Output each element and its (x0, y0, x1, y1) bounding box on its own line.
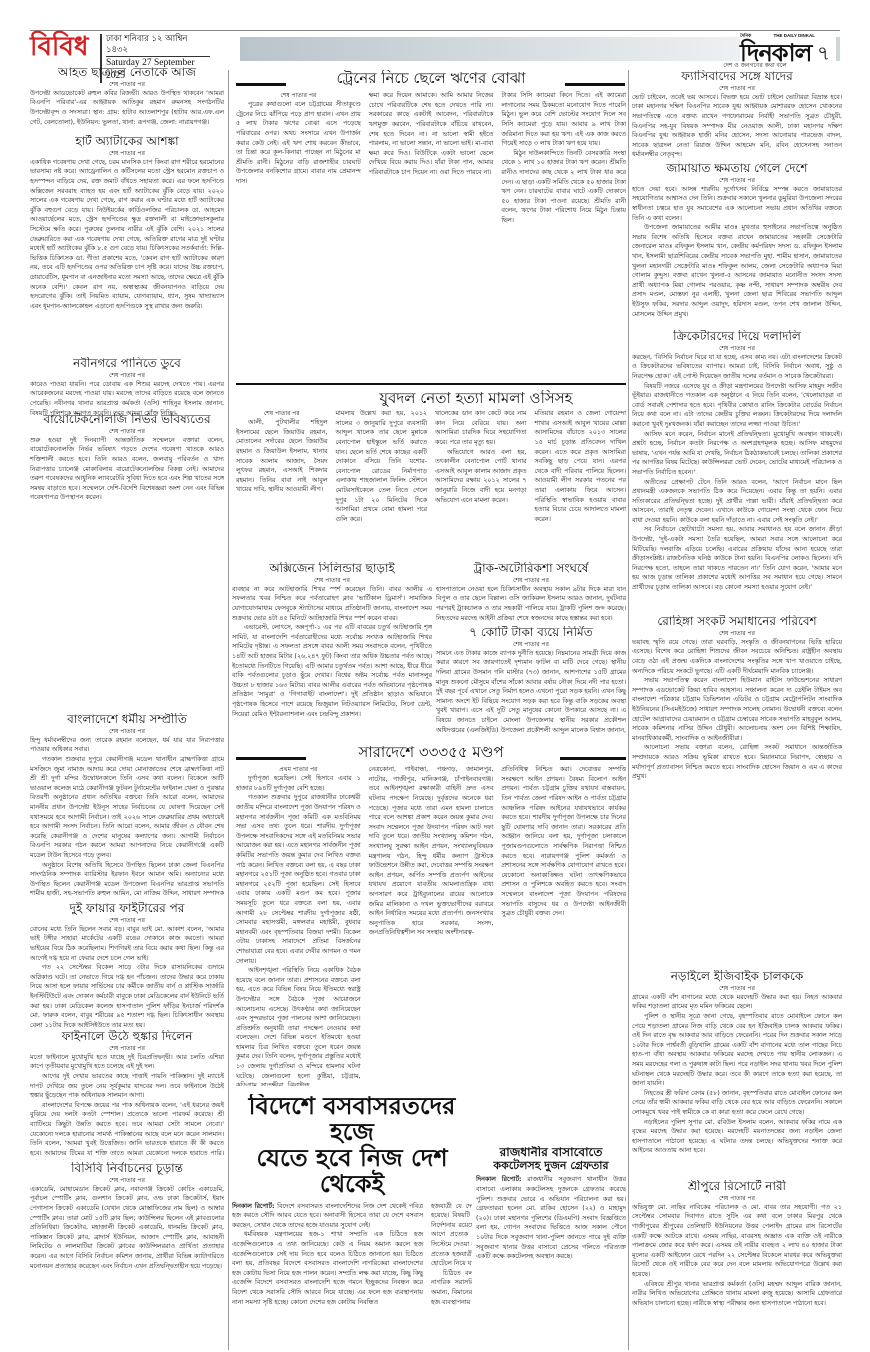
article-final: ফাইনালে উঠে হুঙ্কার দিলেন শেষ পাতার পর ম… (30, 1030, 224, 1160)
article-body: শুরু হওয়া দুই দিনব্যাপী আন্তর্জাতিক সম্… (30, 436, 224, 503)
article-body: ভয়াবহ স্মৃতি রয়ে গেছে। তারা ঘরবাড়ি, স… (632, 638, 842, 782)
continued-label: শেষ পাতার পর (632, 84, 842, 93)
article-rajdhani: রাজধানীর বাসাবোতে ককটেলসহ দুজন গ্রেফতার … (476, 1146, 626, 1346)
headline: দুই ফায়ার ফাইটারের পর (30, 902, 224, 916)
headline: ট্রাক-অটোরিকশা সংঘর্ষে (436, 562, 626, 576)
headline: বায়োটেকনোলজি নির্ভর ভবিষ্যতের (30, 413, 224, 427)
continued-label: শেষ পাতার পর (30, 80, 224, 89)
article-body: ব্যবহার না করে আটহাজারি শিখর স্পর্শ করেছ… (232, 585, 432, 719)
headline: নড়াইলে ইজিবাইক চালককে (632, 970, 842, 984)
continued-label: শেষ পাতার পর (436, 640, 626, 649)
continued-label: শেষ পাতার পর (30, 427, 224, 436)
article-bcb: বিসিবি নির্বাচনের চূড়ান্ত শেষ পাতার পর … (30, 1162, 224, 1347)
headline-line1: বিদেশে বসবাসরতদের হজে (232, 1094, 472, 1146)
article-jubo: যুবদল নেতা হত্যা মামলা ওসিসহ শেষ পাতার প… (236, 390, 626, 555)
headline: ফ্যাসিবাদের সঙ্গে যাদের (632, 70, 842, 84)
headline: ট্রেনের নিচে ছেলে ঋণের বোঝা (236, 70, 626, 87)
column-divider (628, 70, 629, 1350)
article-column: নেত্রকোনা, গাইবান্ধা, পঞ্চগড়, জামালপুর,… (369, 765, 494, 1086)
article-column: শেষ পাতার পরআলী, পুটখালীর শহিদুল ইসলামের… (236, 409, 328, 524)
headline-line2: ককটেলসহ দুজন গ্রেফতার (476, 1160, 626, 1173)
article-column: শেষ পাতার পরপুত্রের কথাগুলো বলে চট্টগ্রা… (236, 91, 361, 225)
column-divider (228, 70, 229, 1350)
headline: অক্সিজেন সিলিন্ডার ছাড়াই (232, 562, 432, 576)
headline: বিসিবি নির্বাচনের চূড়ান্ত (30, 1162, 224, 1176)
headline: ক্রিকেটারদের দিয়ে দলাদলি (632, 330, 842, 344)
article-heart: হার্ট অ্যাটাকের আশঙ্কা শেষ পাতার পর একাধ… (30, 135, 224, 363)
byline: দিনকাল রিপোর্ট: (232, 1203, 275, 1210)
headline: হার্ট অ্যাটাকের আশঙ্কা (30, 135, 224, 149)
article-body: হাসপাতালে নেওয়া হলে চিকিৎসাধীন অবস্থায়… (436, 585, 626, 623)
article-biotech: বায়োটেকনোলজি নির্ভর ভবিষ্যতের শেষ পাতার… (30, 413, 224, 565)
headline: সারাদেশে ৩৩৩৫৫ মণ্ডপ (236, 744, 626, 761)
article-religion: বাংলাদেশে ধর্মীয় সম্প্রীতি শেষ পাতার পর… (30, 713, 224, 899)
article-body: মতো ফাইনালে মুখোমুখি হতে যাচ্ছে দুই চিরপ… (30, 1053, 224, 1160)
article-body: সামনে এত টাকার কাজে ব্যাপক দুর্নীতি হয়ে… (436, 649, 626, 734)
article-seven-crore: ৭ কোটি টাকা ব্যয়ে নির্মিত শেষ পাতার পর … (436, 626, 626, 734)
page-number: ৭ (817, 39, 830, 72)
article-body: একাডেমি, মোহামেডান ক্রিকেট ক্লাব, নবাবগঞ… (30, 1185, 224, 1271)
article-body: বোনের মধ্যে তিনি ছিলেন সবার বড়। বাবুর ভ… (30, 925, 224, 1027)
article-column: প্রতিনিধিত্ব নিশ্চিত করা। দেবোত্তর সম্পত… (501, 765, 626, 1086)
article-body: অভিযুক্ত মো. নাছির নাবিকের পরিচালক ও মো.… (632, 1203, 842, 1309)
continued-label: শেষ পাতার পর (30, 916, 224, 925)
article-oxygen: অক্সিজেন সিলিন্ডার ছাড়াই শেষ পাতার পর ব… (232, 562, 432, 734)
masthead: বিবিধ ঢাকা শনিবার ১২ আশ্বিন ১৪৩২ Saturda… (30, 30, 840, 60)
article-body: একাধিক গবেষণায় দেখা গেছে, চরম মানসিক চা… (30, 158, 224, 312)
article-column: টাকার সিসি ক্যামেরা কিনে দিতে। এই ক্যামে… (501, 91, 626, 225)
article-nabinagar: নবীনগরে পানিতে ডুবে শেষ পাতার পর কারেও প… (30, 357, 224, 417)
continued-label: শেষ পাতার পর (30, 149, 224, 158)
continued-label: শেষ পাতার পর (632, 344, 842, 353)
article-train: ট্রেনের নিচে ছেলে ঋণের বোঝা শেষ পাতার পর… (236, 70, 626, 380)
article-narail: নড়াইলে ইজিবাইক চালককে শেষ পাতার পর গ্রা… (632, 970, 842, 1180)
article-jamaat: জামায়াত ক্ষমতায় গেলে দেশে শেষ পাতার পর… (632, 162, 842, 334)
continued-label: শেষ পাতার পর (30, 727, 224, 736)
section-rule (236, 383, 626, 385)
section-logo: বিবিধ (30, 33, 88, 61)
article-body: কারেও পাওয়া যায়নি। পরে ডোবায় এক শিশুর… (30, 380, 224, 417)
headline: নবীনগরে পানিতে ডুবে (30, 357, 224, 371)
continued-label: শেষ পাতার পর (632, 984, 842, 993)
headline: ৭ কোটি টাকা ব্যয়ে নির্মিত (436, 626, 626, 640)
article-sreepur: শ্রীপুরে রিসোর্টে নারী শেষ পাতার পর অভিয… (632, 1180, 842, 1350)
article-bidesh: বিদেশে বসবাসরতদের হজে যেতে হবে নিজ দেশ থ… (232, 1094, 472, 1350)
continued-label: শেষ পাতার পর (30, 1044, 224, 1053)
article-fascism: ফ্যাসিবাদের সঙ্গে যাদের শেষ পাতার পর ভোট… (632, 70, 842, 160)
headline: বাংলাদেশে ধর্মীয় সম্প্রীতি (30, 713, 224, 727)
article-body: করছেন, 'বিসিবি নির্বাচন ঘিরে যা যা হচ্ছে… (632, 353, 842, 593)
article-body: হাতে দেয়া হবে। আসন্ন শারদীয় দুর্গোৎসব … (632, 185, 842, 319)
article-body: হিন্দু ধর্মাবলম্বীদের জন্য তারেক রহমান ব… (30, 736, 224, 899)
headline: ফাইনালে উঠে হুঙ্কার দিলেন (30, 1030, 224, 1044)
article-firefighter: দুই ফায়ার ফাইটারের পর শেষ পাতার পর বোনে… (30, 902, 224, 1027)
headline: আহত ছাত্রদল নেতাকে আজ (30, 66, 224, 80)
article-body: গ্রামের একটি বাঁশ বাগানের মধ্যে থেকে মরদ… (632, 993, 842, 1156)
article-body: উপদেষ্টা আডভোকেট রুহুল কবির রিজভী। আরও উ… (30, 89, 224, 127)
headline-line2: যেতে হবে নিজ দেশ থেকেই (232, 1146, 472, 1198)
headline-line1: রাজধানীর বাসাবোতে (476, 1146, 626, 1160)
masthead-edge (836, 37, 840, 61)
article-column: প্রথম পাতার পরদুর্গাপূজা হয়েছিল। সেই হি… (236, 765, 361, 1086)
headline: শ্রীপুরে রিসোর্টে নারী (632, 1180, 842, 1194)
article-cricketer: ক্রিকেটারদের দিয়ে দলাদলি শেষ পাতার পর ক… (632, 330, 842, 620)
article-body: ভোট চাইবেন, তবেই ভয় আসবে। বিভক্ত হয়ে ভ… (632, 93, 842, 160)
article-ahoto: আহত ছাত্রদল নেতাকে আজ শেষ পাতার পর উপদেষ… (30, 66, 224, 138)
continued-label: শেষ পাতার পর (436, 576, 626, 585)
article-truck: ট্রাক-অটোরিকশা সংঘর্ষে শেষ পাতার পর হাসপ… (436, 562, 626, 624)
continued-label: শেষ পাতার পর (632, 629, 842, 638)
date-bangla: ঢাকা শনিবার ১২ আশ্বিন ১৪৩২ (106, 34, 210, 57)
article-column: হজযাত্রী যে দেশ ছাড়া অন্য দেশ থেকে সৌদি… (431, 1202, 472, 1308)
article-rohingya: রোহিঙ্গা সংকট সমাধানের পরিবেশ শেষ পাতার … (632, 615, 842, 970)
headline: যুবদল নেতা হত্যা মামলা ওসিসহ (236, 390, 626, 407)
article-column: দিনকাল রিপোর্ট: বিদেশে বসবাসরত বাংলাদেশি… (232, 1202, 423, 1308)
continued-label: শেষ পাতার পর (232, 576, 432, 585)
continued-label: শেষ পাতার পর (30, 1176, 224, 1185)
byline: দিনকাল রিপোর্ট: (476, 1176, 522, 1183)
article-column: খালেকের ডান কান কেটে করে নাম কান নিয়ে ব… (435, 409, 527, 524)
headline: জামায়াত ক্ষমতায় গেলে দেশে (632, 162, 842, 176)
continued-label: শেষ পাতার পর (30, 371, 224, 380)
article-column: মতিয়ার রহমান ও জেলা গোয়েন্দা শাখার এসআ… (535, 409, 627, 524)
headline: রোহিঙ্গা সংকট সমাধানের পরিবেশ (632, 615, 842, 629)
article-body: দিনকাল রিপোর্ট: রাজধানীর সবুজবাগ থানাধীন… (476, 1175, 626, 1261)
article-column: ক্ষমা করে দিয়েন আমাকে। আমি আমার নিজের চ… (369, 91, 494, 225)
continued-label: শেষ পাতার পর (632, 176, 842, 185)
masthead-band (240, 37, 740, 61)
article-mandap: সারাদেশে ৩৩৩৫৫ মণ্ডপ প্রথম পাতার পরদুর্গ… (236, 744, 626, 1086)
article-column: মামলায় উল্লেখ করা হয়, ২০১২ সালের ৩ জান… (336, 409, 428, 524)
continued-label: শেষ পাতার পর (632, 1194, 842, 1203)
